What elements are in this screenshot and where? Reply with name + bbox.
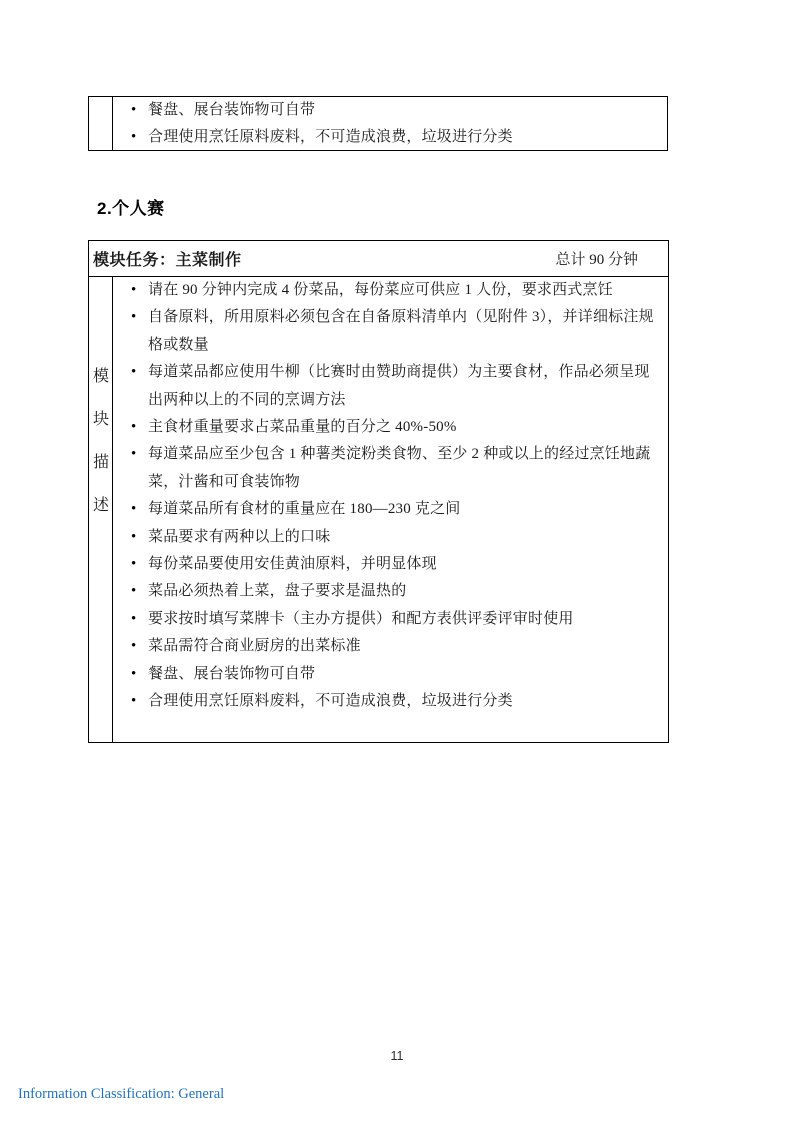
module-description-label-cell: 模块描述 <box>89 277 113 742</box>
bullet-item: 每份菜品要使用安佳黄油原料，并明显体现 <box>148 551 662 578</box>
partial-table-content-cell: 餐盘、展台装饰物可自带合理使用烹饪原料废料，不可造成浪费，垃圾进行分类 <box>113 97 667 150</box>
partial-table-label-cell <box>89 97 113 150</box>
bullet-item: 每道菜品都应使用牛柳（比赛时由赞助商提供）为主要食材，作品必须呈现出两种以上的不… <box>148 359 662 414</box>
module-table-header-row: 模块任务：主菜制作 总计 90 分钟 <box>89 241 668 277</box>
bullet-item: 要求按时填写菜牌卡（主办方提供）和配方表供评委评审时使用 <box>148 606 662 633</box>
bullet-item: 请在 90 分钟内完成 4 份菜品，每份菜应可供应 1 人份，要求西式烹饪 <box>148 277 662 304</box>
bullet-item: 合理使用烹饪原料废料，不可造成浪费，垃圾进行分类 <box>148 124 661 151</box>
page-number: 11 <box>0 1049 794 1063</box>
bullet-item: 菜品必须热着上菜，盘子要求是温热的 <box>148 578 662 605</box>
bullet-item: 自备原料，所用原料必须包含在自备原料清单内（见附件 3），并详细标注规格或数量 <box>148 304 662 359</box>
module-description-bullet-list: 请在 90 分钟内完成 4 份菜品，每份菜应可供应 1 人份，要求西式烹饪自备原… <box>113 277 664 716</box>
module-description-label: 模块描述 <box>89 355 113 527</box>
bullet-item: 菜品要求有两种以上的口味 <box>148 524 662 551</box>
classification-label: Information Classification: General <box>18 1086 224 1103</box>
bullet-item: 菜品需符合商业厨房的出菜标准 <box>148 633 662 660</box>
section-heading: 2.个人赛 <box>97 194 165 219</box>
partial-table-bullet-list: 餐盘、展台装饰物可自带合理使用烹饪原料废料，不可造成浪费，垃圾进行分类 <box>113 97 663 150</box>
bullet-item: 餐盘、展台装饰物可自带 <box>148 97 661 124</box>
module-total-time: 总计 90 分钟 <box>555 248 638 269</box>
module-table: 模块任务：主菜制作 总计 90 分钟 模块描述 请在 90 分钟内完成 4 份菜… <box>88 240 669 743</box>
partial-table: 餐盘、展台装饰物可自带合理使用烹饪原料废料，不可造成浪费，垃圾进行分类 <box>88 96 668 151</box>
bullet-item: 每道菜品应至少包含 1 种薯类淀粉类食物、至少 2 种或以上的经过烹饪地蔬菜，汁… <box>148 441 662 496</box>
bullet-item: 每道菜品所有食材的重量应在 180—230 克之间 <box>148 496 662 523</box>
bullet-item: 主食材重量要求占菜品重量的百分之 40%-50% <box>148 414 662 441</box>
document-page: 餐盘、展台装饰物可自带合理使用烹饪原料废料，不可造成浪费，垃圾进行分类 2.个人… <box>0 0 794 1122</box>
module-table-body-row: 模块描述 请在 90 分钟内完成 4 份菜品，每份菜应可供应 1 人份，要求西式… <box>89 277 668 742</box>
module-task-title: 模块任务：主菜制作 <box>93 247 242 270</box>
module-description-content-cell: 请在 90 分钟内完成 4 份菜品，每份菜应可供应 1 人份，要求西式烹饪自备原… <box>113 277 668 742</box>
bullet-item: 合理使用烹饪原料废料，不可造成浪费，垃圾进行分类 <box>148 688 662 715</box>
bullet-item: 餐盘、展台装饰物可自带 <box>148 661 662 688</box>
